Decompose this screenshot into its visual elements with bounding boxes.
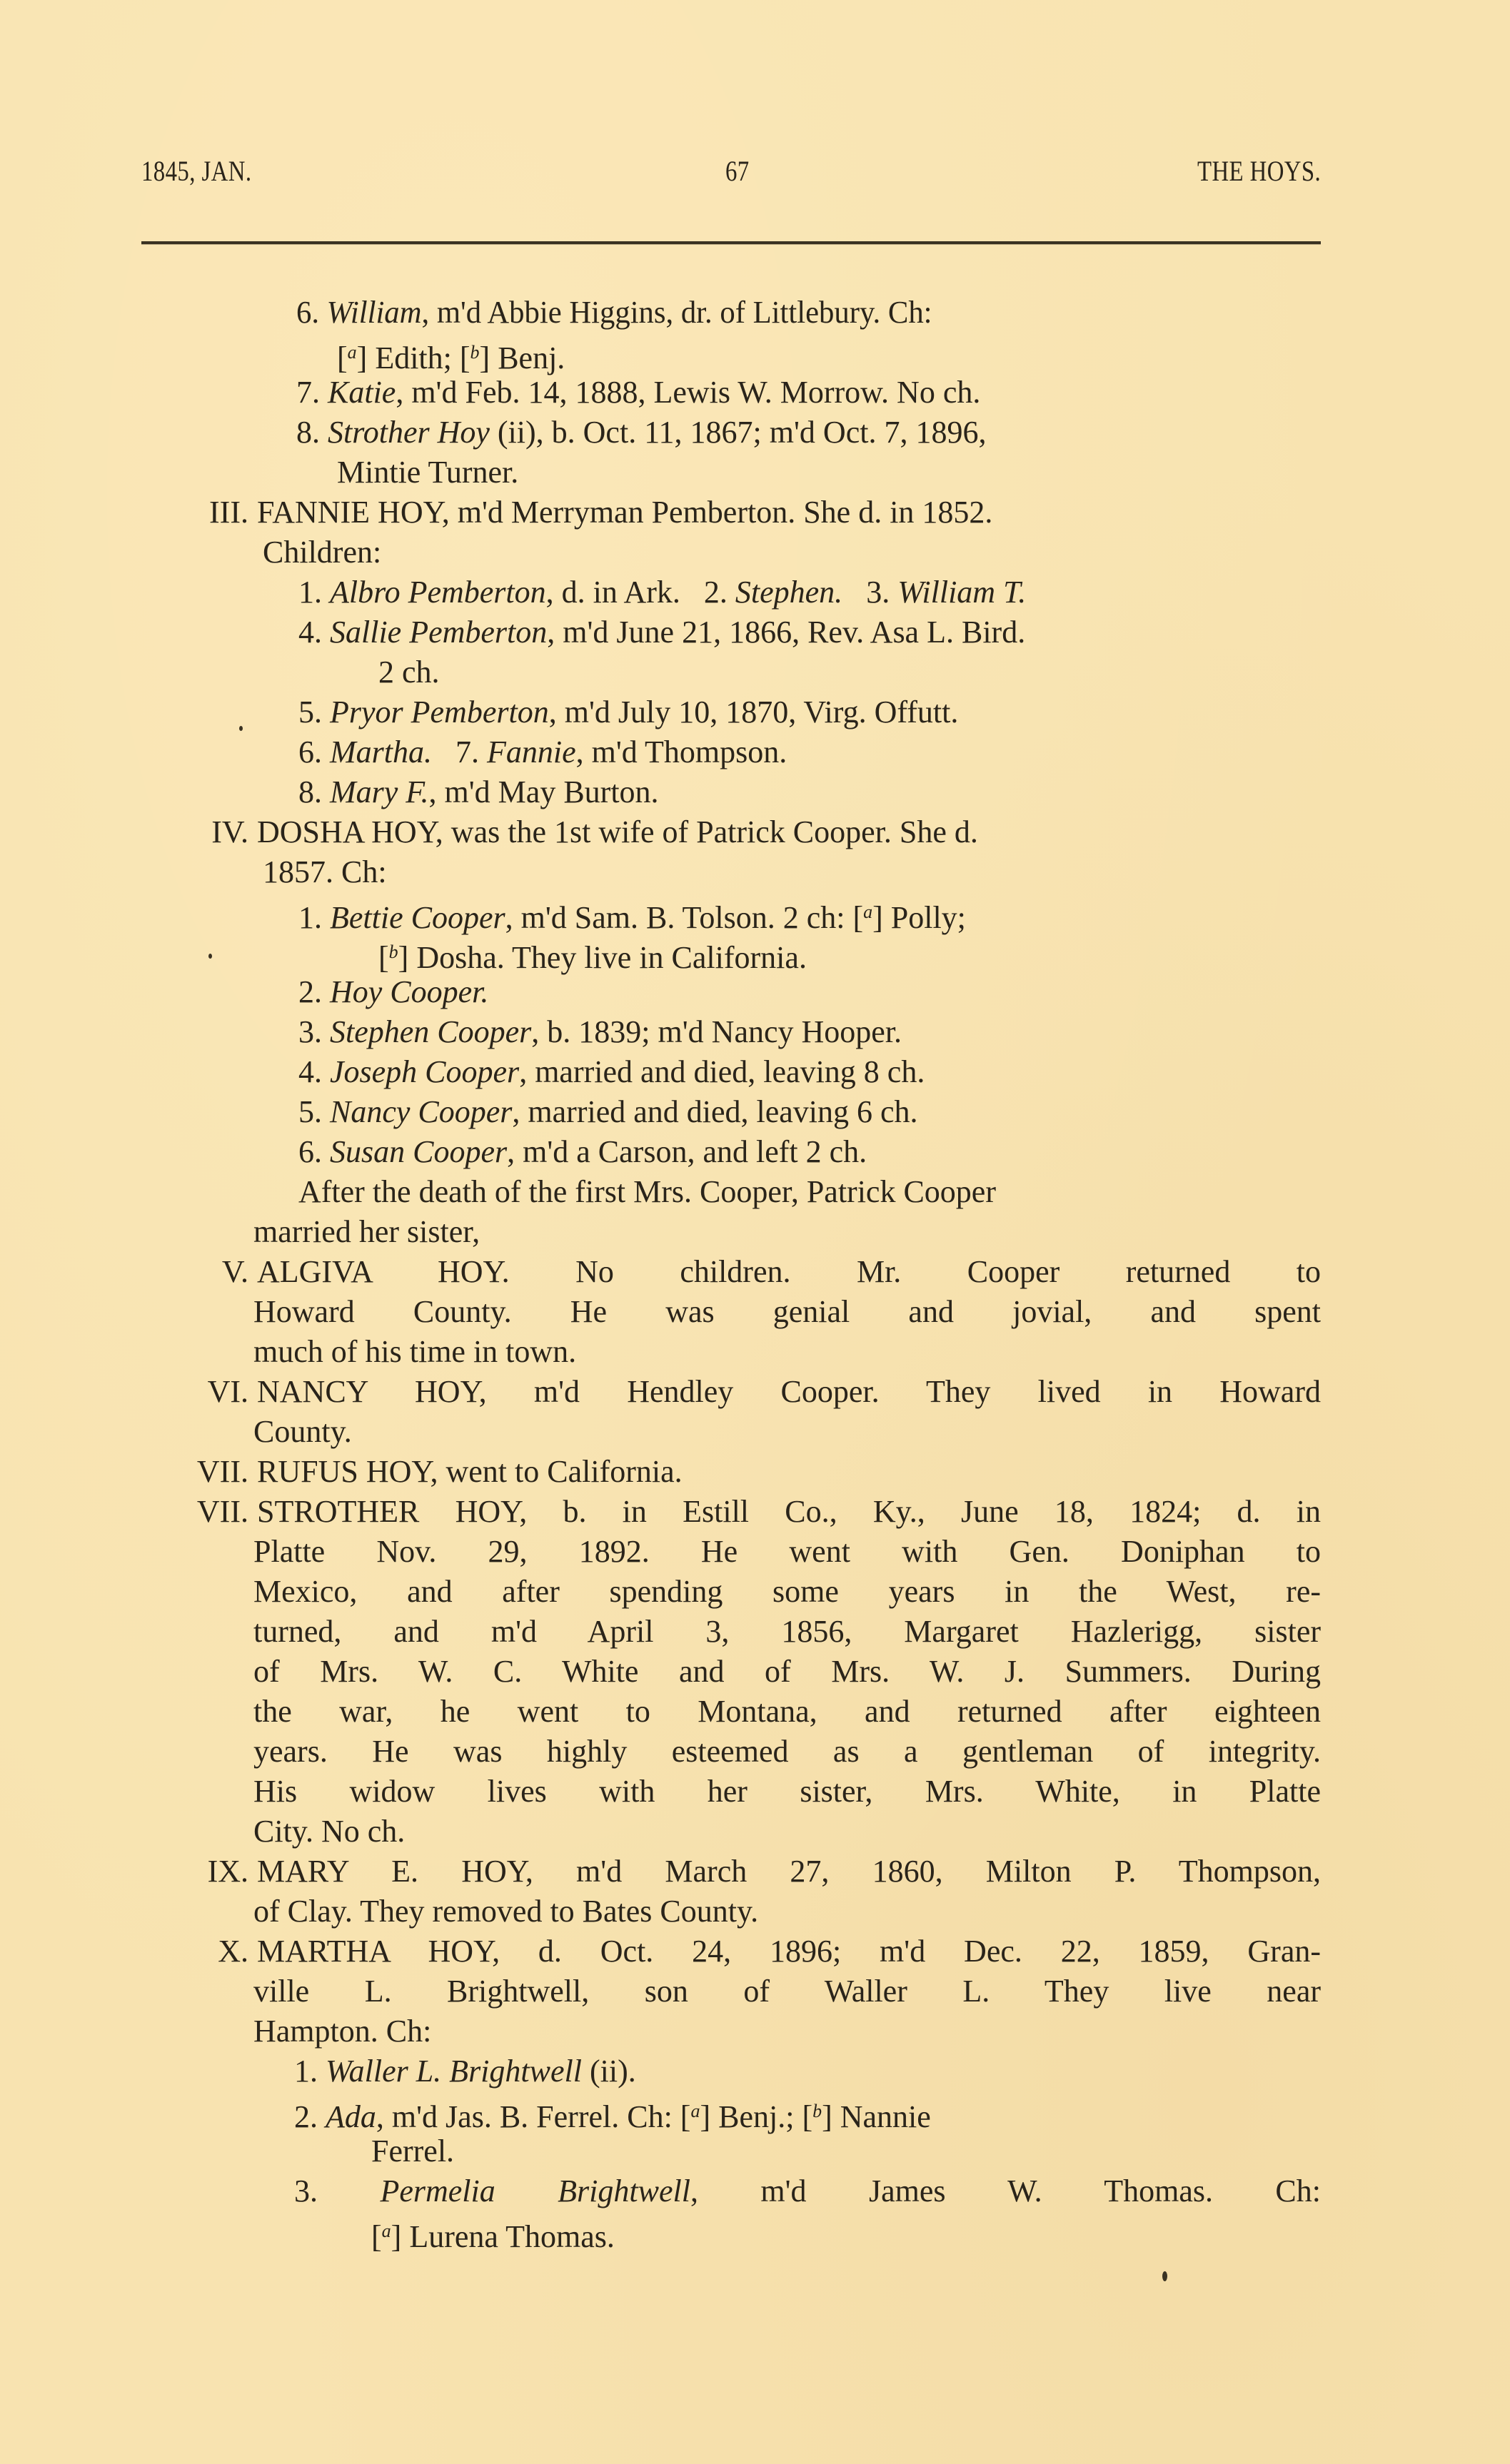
person-name: Nancy Cooper: [330, 1094, 512, 1129]
section-numeral: III.: [157, 493, 248, 532]
section-8-line-1: STROTHER HOY, b. in Estill Co., Ky., Jun…: [257, 1492, 1321, 1532]
section-4-after-line-1: After the death of the first Mrs. Cooper…: [298, 1172, 996, 1212]
section-8-line-7: years. He was highly esteemed as a gentl…: [253, 1732, 1321, 1772]
section-4-child-4: 4. Joseph Cooper, married and died, leav…: [298, 1052, 925, 1092]
section-numeral: VII.: [157, 1492, 248, 1532]
section-10-child-3: 3. Permelia Brightwell, m'd James W. Tho…: [294, 2171, 1321, 2211]
ink-speck: [1162, 2271, 1167, 2281]
person-name: Fannie: [487, 734, 576, 769]
person-name: Stephen.: [735, 575, 842, 610]
section-3-child-4: 4. Sallie Pemberton, m'd June 21, 1866, …: [298, 612, 1025, 652]
section-4-line-1: DOSHA HOY, was the 1st wife of Patrick C…: [257, 812, 978, 852]
entry-6-line-1: 6. William, m'd Abbie Higgins, dr. of Li…: [296, 293, 1287, 333]
header-date: 1845, JAN.: [141, 154, 251, 188]
section-10-child-2-line-2: Ferrel.: [371, 2131, 454, 2171]
page-number: 67: [725, 154, 750, 188]
section-8-line-4: turned, and m'd April 3, 1856, Margaret …: [253, 1612, 1321, 1652]
section-5-line-3: much of his time in town.: [253, 1332, 576, 1372]
section-6-line-1: NANCY HOY, m'd Hendley Cooper. They live…: [257, 1372, 1321, 1412]
section-3-child-8: 8. Mary F., m'd May Burton.: [298, 772, 659, 812]
running-header: 1845, JAN. 67 THE HOYS.: [141, 154, 1321, 197]
section-8-line-5: of Mrs. W. C. White and of Mrs. W. J. Su…: [253, 1652, 1321, 1692]
entry-6-line-2: [a] Edith; [b] Benj.: [337, 333, 565, 373]
person-name: Strother Hoy: [328, 415, 490, 450]
person-name: Susan Cooper: [330, 1134, 507, 1169]
person-name: Katie: [328, 375, 396, 410]
person-name: Ada: [326, 2099, 376, 2134]
section-8-line-6: the war, he went to Montana, and returne…: [253, 1692, 1321, 1732]
section-3-child-4-line-2: 2 ch.: [378, 652, 440, 692]
person-name: Hoy Cooper.: [330, 974, 488, 1009]
section-4-child-1-line-2: [b] Dosha. They live in California.: [378, 932, 807, 972]
person-name: Pryor Pemberton: [330, 695, 549, 729]
section-numeral: V.: [157, 1252, 248, 1292]
section-8-line-2: Platte Nov. 29, 1892. He went with Gen. …: [253, 1532, 1321, 1572]
section-numeral: X.: [157, 1932, 248, 1971]
section-4-child-3: 3. Stephen Cooper, b. 1839; m'd Nancy Ho…: [298, 1012, 902, 1052]
section-4-line-2: 1857. Ch:: [263, 852, 387, 892]
section-9-line-1: MARY E. HOY, m'd March 27, 1860, Milton …: [257, 1852, 1321, 1892]
person-name: Mary F.: [330, 774, 429, 809]
header-rule: [141, 241, 1321, 244]
section-10-line-1: MARTHA HOY, d. Oct. 24, 1896; m'd Dec. 2…: [257, 1932, 1321, 1971]
person-name: William T.: [897, 575, 1026, 610]
section-numeral: VII.: [157, 1452, 248, 1492]
book-page: 1845, JAN. 67 THE HOYS. 6. William, m'd …: [0, 0, 1510, 2464]
section-3-child-5: 5. Pryor Pemberton, m'd July 10, 1870, V…: [298, 692, 958, 732]
section-4-child-2: 2. Hoy Cooper.: [298, 972, 488, 1012]
entry-7: 7. Katie, m'd Feb. 14, 1888, Lewis W. Mo…: [296, 373, 980, 413]
person-name: William: [327, 295, 422, 330]
section-3-children-6-7: 6. Martha. 7. Fannie, m'd Thompson.: [298, 732, 787, 772]
section-10-line-2: ville L. Brightwell, son of Waller L. Th…: [253, 1971, 1321, 2011]
ink-speck: [208, 954, 212, 959]
person-name: Joseph Cooper: [330, 1054, 519, 1089]
section-10-child-2: 2. Ada, m'd Jas. B. Ferrel. Ch: [a] Benj…: [294, 2091, 931, 2131]
section-8-line-9: City. No ch.: [253, 1812, 405, 1852]
person-name: Albro Pemberton: [330, 575, 546, 610]
section-4-child-5: 5. Nancy Cooper, married and died, leavi…: [298, 1092, 918, 1132]
section-4-child-1: 1. Bettie Cooper, m'd Sam. B. Tolson. 2 …: [298, 892, 966, 932]
entry-8-line-2: Mintie Turner.: [337, 453, 518, 493]
person-name: Bettie Cooper: [330, 900, 505, 935]
section-numeral: IX.: [157, 1852, 248, 1892]
person-name: Sallie Pemberton: [330, 615, 547, 650]
section-8-line-3: Mexico, and after spending some years in…: [253, 1572, 1321, 1612]
person-name: Stephen Cooper: [330, 1014, 531, 1049]
person-name: Permelia Brightwell: [380, 2173, 690, 2208]
section-10-child-1: 1. Waller L. Brightwell (ii).: [294, 2051, 636, 2091]
section-4-child-6: 6. Susan Cooper, m'd a Carson, and left …: [298, 1132, 867, 1172]
section-4-after-line-2: married her sister,: [253, 1212, 480, 1252]
section-5-line-2: Howard County. He was genial and jovial,…: [253, 1292, 1321, 1332]
section-8-line-8: His widow lives with her sister, Mrs. Wh…: [253, 1772, 1321, 1812]
section-7-line-1: RUFUS HOY, went to California.: [257, 1452, 683, 1492]
section-5-line-1: ALGIVA HOY. No children. Mr. Cooper retu…: [257, 1252, 1321, 1292]
section-9-line-2: of Clay. They removed to Bates County.: [253, 1892, 758, 1932]
section-10-child-3-line-2: [a] Lurena Thomas.: [371, 2211, 615, 2251]
section-3-line-2: Children:: [263, 532, 381, 572]
section-numeral: VI.: [157, 1372, 248, 1412]
header-title: THE HOYS.: [1197, 154, 1321, 188]
person-name: Martha.: [330, 734, 432, 769]
ink-speck: [239, 726, 243, 731]
section-numeral: IV.: [157, 812, 248, 852]
section-3-children-1-3: 1. Albro Pemberton, d. in Ark. 2. Stephe…: [298, 572, 1026, 612]
entry-8-line-1: 8. Strother Hoy (ii), b. Oct. 11, 1867; …: [296, 413, 986, 453]
section-6-line-2: County.: [253, 1412, 352, 1452]
section-3-line-1: FANNIE HOY, m'd Merryman Pemberton. She …: [257, 493, 992, 532]
section-10-line-3: Hampton. Ch:: [253, 2011, 431, 2051]
person-name: Waller L. Brightwell: [326, 2054, 582, 2089]
